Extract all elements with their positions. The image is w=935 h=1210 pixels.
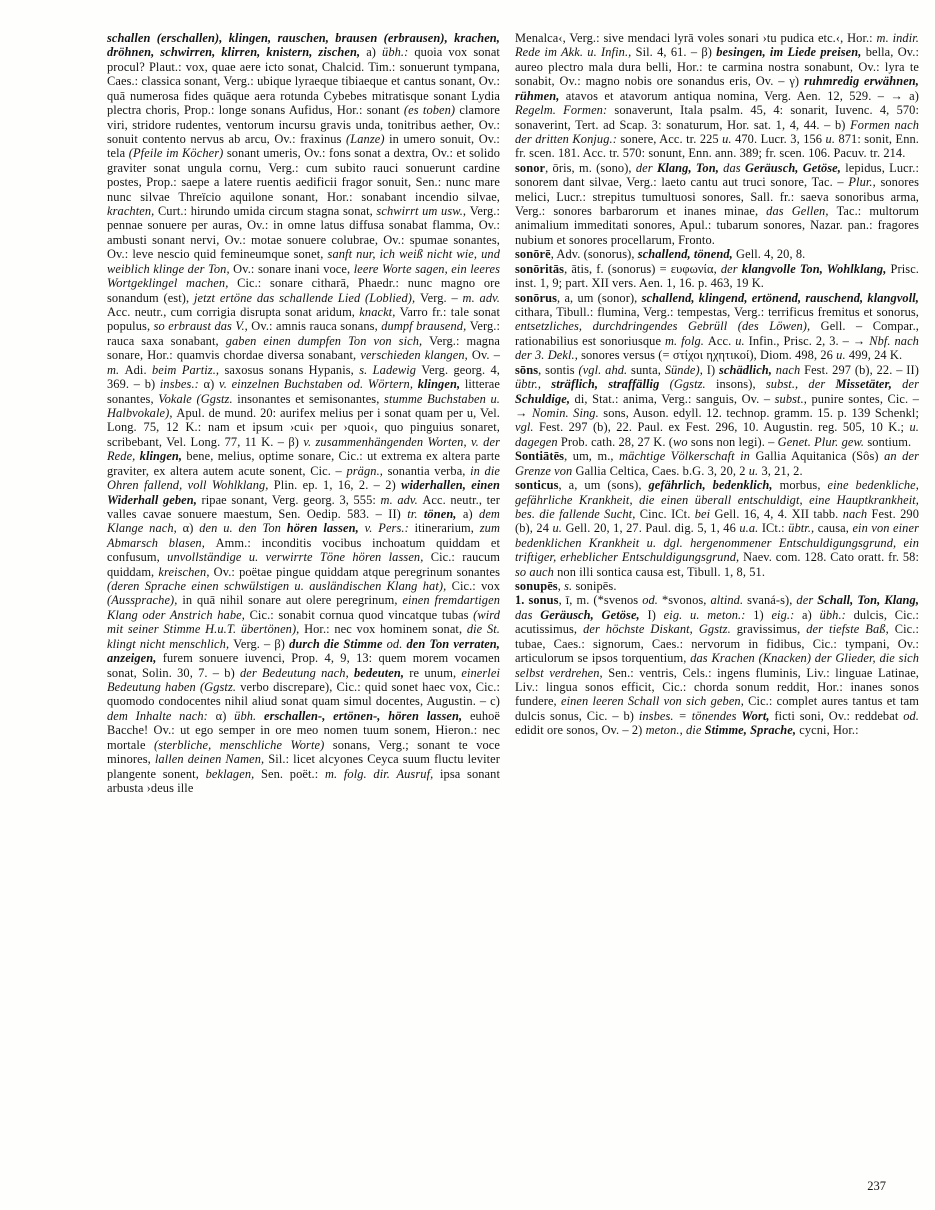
text-segment: Ov. – [472,348,500,362]
text-segment: edidit ore sonos, Ov. – 2) [515,723,646,737]
text-segment: nach [776,363,804,377]
text-segment: Wort, [741,709,774,723]
text-segment: (es toben) [404,103,459,117]
text-segment: subst., [775,392,812,406]
text-segment: Verg. – β) [233,637,289,651]
text-segment: Infin., Prisc. 2, 3. – → [749,334,870,348]
text-segment: a) [463,507,479,521]
text-segment: u. [722,132,735,146]
text-segment: mächtige Völkerschaft in [619,449,755,463]
text-segment: (Lanze) [346,132,389,146]
text-segment: Geräusch, Getöse, [540,608,647,622]
dictionary-entry: sōns, sontis (vgl. ahd. sunta, Sünde), I… [515,363,919,450]
headword: sonupēs [515,579,558,593]
text-segment: Stimme, Sprache, [705,723,800,737]
text-segment: der [636,161,657,175]
text-segment: v. Pers.: [365,521,415,535]
text-segment: wo [673,435,691,449]
text-segment: Plin. ep. 1, 16, 2. – 2) [274,478,401,492]
text-segment: 1) [753,608,771,622]
text-segment: Gallia Celtica, Caes. b.G. 3, 20, 2 [576,464,749,478]
text-segment: , ī, m. (*svenos [559,593,643,607]
dictionary-entry: sonticus, a, um (sons), gefährlich, bede… [515,478,919,579]
text-segment: subst., der [766,377,836,391]
text-segment: unvollständige u. verwirrte Töne hören l… [167,550,431,564]
text-segment: eig.: [771,608,802,622]
text-segment: übh.: [820,608,854,622]
text-segment: schädlich, [719,363,776,377]
text-segment: klangvolle Ton, Wohlklang, [742,262,891,276]
text-segment: hören lassen, [287,521,365,535]
text-segment: Prob. cath. 28, 27 K. ( [561,435,673,449]
text-segment: beklagen, [206,767,261,781]
text-segment: krachten, [107,204,158,218]
text-segment: itinerarium, [415,521,480,535]
text-segment: a) [802,608,820,622]
text-segment: Acc. neutr., cum corrigia disrupta sonat… [107,305,359,319]
text-segment: α) [183,521,200,535]
text-segment: tönen, [424,507,463,521]
text-segment: u. [735,334,748,348]
text-segment: gefährlich, bedenklich, [648,478,779,492]
text-segment: Ov.: poëtae pingue quiddam atque peregri… [214,565,500,579]
text-segment: sontium. [867,435,911,449]
text-segment: Schall, Ton, Klang, [817,593,919,607]
text-segment: sonores versus (= στίχοι ηχητικοί), Diom… [581,348,836,362]
text-segment: Ov.: sonare inani voce, [233,262,354,276]
dictionary-entry: sonōrus, a, um (sonor), schallend, kling… [515,291,919,363]
dictionary-page: schallen (erschallen), klingen, rauschen… [0,0,935,1210]
text-segment: u.a. [739,521,761,535]
text-segment: der tiefste Baß, [806,622,895,636]
text-segment: *svonos, [662,593,711,607]
text-segment: das [515,608,540,622]
text-segment: Gallia Aquitanica (Sôs) [755,449,884,463]
text-segment: bedeuten, [354,666,409,680]
text-segment: od. [642,593,662,607]
text-segment: Missetäter, [835,377,902,391]
text-segment: Sil. 4, 61. – β) [636,45,717,59]
text-segment: schallend, tönend, [638,247,736,261]
text-segment: Klang, Ton, [657,161,723,175]
left-column: schallen (erschallen), klingen, rauschen… [107,31,500,795]
text-segment: insbes.: [160,377,204,391]
text-segment: durch die Stimme [289,637,387,651]
dictionary-entry: schallen (erschallen), klingen, rauschen… [107,31,500,795]
text-segment: beim Partiz., [152,363,224,377]
text-segment: knackt, [359,305,399,319]
text-segment: Verg. – [420,291,463,305]
text-segment: gravissimus, [737,622,806,636]
text-segment: vgl. [515,420,539,434]
text-segment: altind. [710,593,747,607]
page-number: 237 [867,1179,886,1194]
text-segment: 499, 24 K. [849,348,902,362]
text-segment: (vgl. ahd. [578,363,631,377]
text-segment: Cic.: sonabit cornua quod vincatque tuba… [250,608,474,622]
text-segment: (deren Sprache einen schwülstigen u. aus… [107,579,452,593]
text-segment: I) [647,608,663,622]
text-segment: sträflich, straffällig [551,377,669,391]
text-segment: Sen. poët.: [261,767,325,781]
text-segment: übh.: [382,45,414,59]
text-segment: morbus, [780,478,828,492]
dictionary-entry: sonōritās, ātis, f. (sonorus) = ευφωνία,… [515,262,919,291]
text-segment: Fest. 297 (b), 22. Paul. ex Fest. 296, 1… [539,420,909,434]
text-segment: m. [107,363,125,377]
text-segment: Geräusch, Getöse, [745,161,845,175]
text-segment: Curt.: hirundo umida circum stagna sonat… [158,204,376,218]
text-segment: (sterbliche, menschliche Worte) [154,738,333,752]
text-segment: , ōris, m. (sono), [545,161,636,175]
text-segment: , sontis [538,363,578,377]
text-segment: insonantes et semisonantes, [237,392,384,406]
text-segment: saxosus sonans Hypanis, [224,363,359,377]
text-segment: übtr., [515,377,551,391]
text-segment: einen leeren Schall von sich geben, [561,694,748,708]
text-segment: den u. den Ton [199,521,286,535]
text-segment: sons, Auson. edyll. 12. technop. gramm. … [603,406,919,420]
text-segment: kreischen, [158,565,213,579]
text-segment: Ov.: amnis rauca sonans, [251,319,381,333]
text-segment: lallen deinen Namen, [155,752,268,766]
text-segment: α) [216,709,235,723]
text-segment: od. [903,709,919,723]
text-segment: besingen, im Liede preisen, [716,45,865,59]
text-segment: Gell. 20, 1, 27. Paul. dig. 5, 1, 46 [565,521,739,535]
text-segment: dumpf brausend, [381,319,469,333]
text-segment: 470. Lucr. 3, 156 [735,132,825,146]
headword: sonor [515,161,545,175]
text-segment: das Gellen, [766,204,836,218]
text-segment: m. adv. [381,493,423,507]
text-segment: schwirrt um usw., [376,204,469,218]
text-segment: s. [564,579,575,593]
text-segment: Gell. 4, 20, 8. [736,247,805,261]
text-segment: so auch [515,565,557,579]
text-segment: (Aussprache), [107,593,182,607]
text-segment: I) [707,363,719,377]
text-segment: Naev. com. 128. Cato oratt. fr. 58: [743,550,919,564]
text-segment: atavos et atavorum antiqua nomina, Verg.… [566,89,919,103]
text-segment: insons), [716,377,766,391]
text-segment: v. einzelnen Buchstaben od. Wörtern, [219,377,418,391]
text-segment: so erbraust das V., [154,319,252,333]
text-segment: Vokale (Ggstz. [158,392,237,406]
dictionary-entry: Menalca‹, Verg.: sive mendaci lyrā voles… [515,31,919,161]
text-segment: , a, um (sons), [559,478,649,492]
text-segment: Cinc. ICt. [640,507,695,521]
text-segment: non illi sontica causa est, Tibull. 1, 8… [557,565,765,579]
text-segment: od. [387,637,407,651]
headword: 1. sonus [515,593,559,607]
text-segment: m. folg. [665,334,708,348]
text-segment: u. [553,521,566,535]
text-segment: der [721,262,742,276]
text-segment: klingen, [418,377,465,391]
text-segment: sunta, [631,363,665,377]
text-segment: insbes. = tönendes [639,709,742,723]
text-segment: re unum, [409,666,461,680]
text-segment: Plur., [848,175,880,189]
text-segment: Fest. 297 (b), 22. – II) [804,363,919,377]
text-segment: meton., die [646,723,705,737]
text-segment: Acc. [708,334,735,348]
text-segment: sonere, Acc. tr. 225 [620,132,722,146]
text-segment: Cic.: vox [452,579,500,593]
headword: sonōrē [515,247,551,261]
text-segment: prägn., [346,464,387,478]
text-segment: das [723,161,745,175]
text-segment: cycni, Hor.: [799,723,858,737]
text-segment: sons non legi). – [691,435,778,449]
dictionary-entry: 1. sonus, ī, m. (*svenos od. *svonos, al… [515,593,919,737]
text-segment: Menalca‹, Verg.: sive mendaci lyrā voles… [515,31,877,45]
text-segment: m. folg. dir. Ausruf, [325,767,440,781]
text-segment: schallend, klingend, ertönend, rauschend… [642,291,919,305]
text-segment: klingen, [140,449,187,463]
text-segment: Sünde), [665,363,707,377]
dictionary-entry: sonor, ōris, m. (sono), der Klang, Ton, … [515,161,919,248]
text-segment: (Ggstz. [670,377,716,391]
text-segment: eig. u. meton.: [664,608,754,622]
text-segment: in quā nihil sonare aut olere peregrinum… [182,593,402,607]
text-segment: svaná-s), [747,593,796,607]
text-segment: verschieden klangen, [360,348,472,362]
text-segment: der [902,377,919,391]
text-segment: der Bedeutung nach, [240,666,354,680]
text-segment: , ātis, f. (sonorus) = ευφωνία, [564,262,721,276]
text-segment: Hor.: nec vox hominem sonat, [304,622,467,636]
dictionary-entry: Sontiātēs, um, m., mächtige Völkerschaft… [515,449,919,478]
text-segment: jetzt ertöne das schallende Lied (Loblie… [194,291,420,305]
text-segment: sonipēs. [575,579,616,593]
headword: sonōrus [515,291,557,305]
text-segment: m. adv. [463,291,500,305]
text-segment: der höchste Diskant, Ggstz. [583,622,737,636]
text-segment: dem Inhalte nach: [107,709,216,723]
text-segment: causa, [818,521,853,535]
text-segment: tr. [407,507,424,521]
text-segment: gaben einen dumpfen Ton von sich, [226,334,429,348]
text-segment: a) [366,45,382,59]
text-segment: übtr., [788,521,818,535]
right-column: Menalca‹, Verg.: sive mendaci lyrā voles… [515,31,919,795]
text-columns: schallen (erschallen), klingen, rauschen… [107,31,919,795]
text-segment: Gell. 16, 4, 4. XII tabb. [715,507,843,521]
text-segment: sonantia verba, [388,464,471,478]
text-segment: 3, 21, 2. [761,464,802,478]
headword: sōns [515,363,538,377]
dictionary-entry: sonupēs, s. sonipēs. [515,579,919,593]
text-segment: , Adv. (sonorus), [551,247,638,261]
text-segment: Nomin. Sing. [532,406,603,420]
text-segment: α) [204,377,219,391]
text-segment: (Pfeile im Köcher) [129,146,227,160]
text-segment: ICt.: [762,521,788,535]
text-segment: ripae sonant, Verg. georg. 3, 555: [202,493,381,507]
text-segment: entsetzliches, durchdringendes Gebrüll (… [515,319,821,333]
text-segment: , um, m., [564,449,619,463]
text-segment: u. [749,464,762,478]
dictionary-entry: sonōrē, Adv. (sonorus), schallend, tönen… [515,247,919,261]
text-segment: Schuldige, [515,392,575,406]
text-segment: übh. [234,709,264,723]
text-segment: Regelm. Formen: [515,103,614,117]
text-segment: s. Ladewig [359,363,421,377]
headword: sonōritās [515,262,564,276]
headword: sonticus [515,478,559,492]
headword: Sontiātēs [515,449,564,463]
text-segment: bei [695,507,715,521]
text-segment: , a, um (sonor), [557,291,642,305]
text-segment: der [796,593,817,607]
text-segment: Adi. [125,363,152,377]
text-segment: u. [836,348,849,362]
text-segment: Genet. Plur. gew. [778,435,868,449]
text-segment: nach [843,507,872,521]
text-segment: erschallen-, ertönen-, hören lassen, [264,709,470,723]
text-segment: di, Stat.: anima, Verg.: sanguis, Ov. – [575,392,775,406]
text-segment: ficti soni, Ov.: reddebat [774,709,903,723]
text-segment: u. [826,132,839,146]
text-segment: cithara, Tibull.: flumina, Verg.: tempes… [515,305,919,319]
